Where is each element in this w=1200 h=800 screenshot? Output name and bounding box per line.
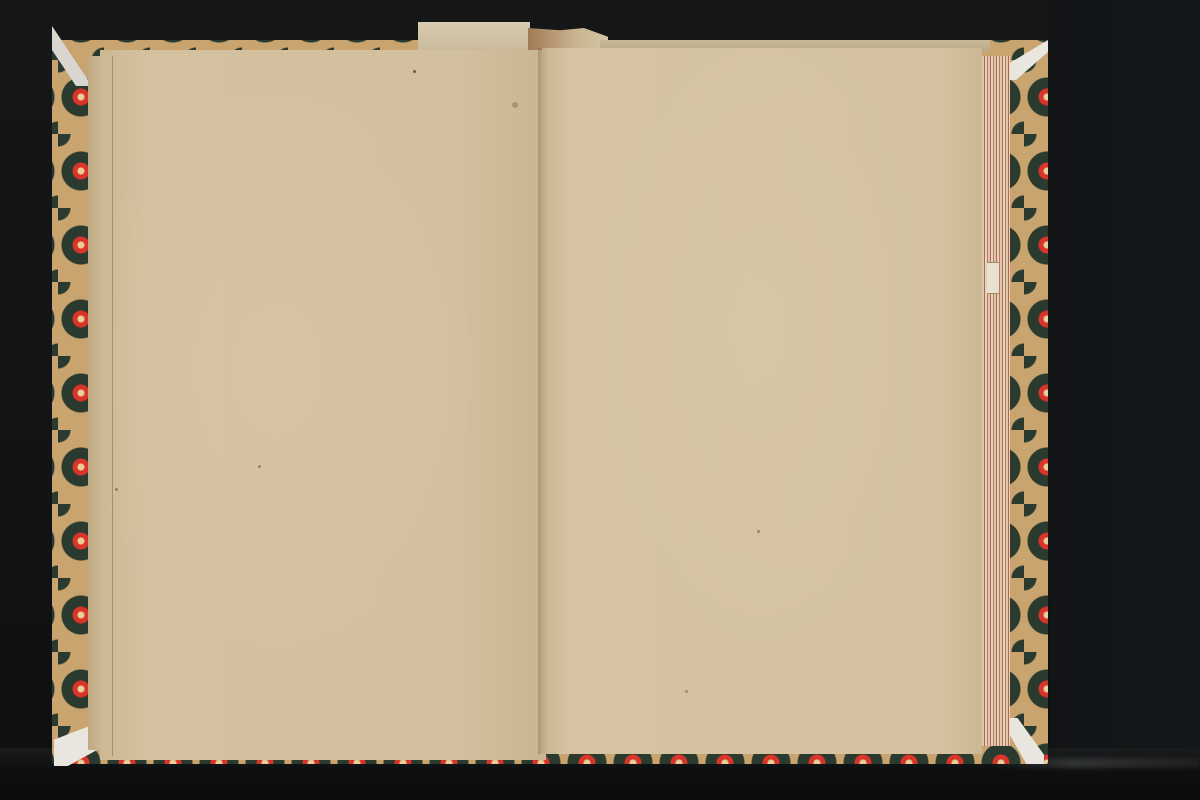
spine-torn-edge xyxy=(528,28,608,50)
photo-scene xyxy=(0,0,1200,800)
paper-speck xyxy=(512,102,518,108)
paper-speck xyxy=(757,530,760,533)
paper-speck xyxy=(413,70,416,73)
paper-speck xyxy=(115,488,118,491)
page-fold-line xyxy=(112,56,113,756)
left-page xyxy=(100,50,546,760)
page-tab xyxy=(987,262,999,294)
paper-speck xyxy=(258,465,261,468)
book-gutter xyxy=(538,48,548,754)
fore-edge-pages xyxy=(982,56,1010,746)
paper-speck xyxy=(685,690,688,693)
right-page xyxy=(542,48,982,754)
background xyxy=(1050,0,1200,800)
spine-top-strip xyxy=(418,22,530,52)
